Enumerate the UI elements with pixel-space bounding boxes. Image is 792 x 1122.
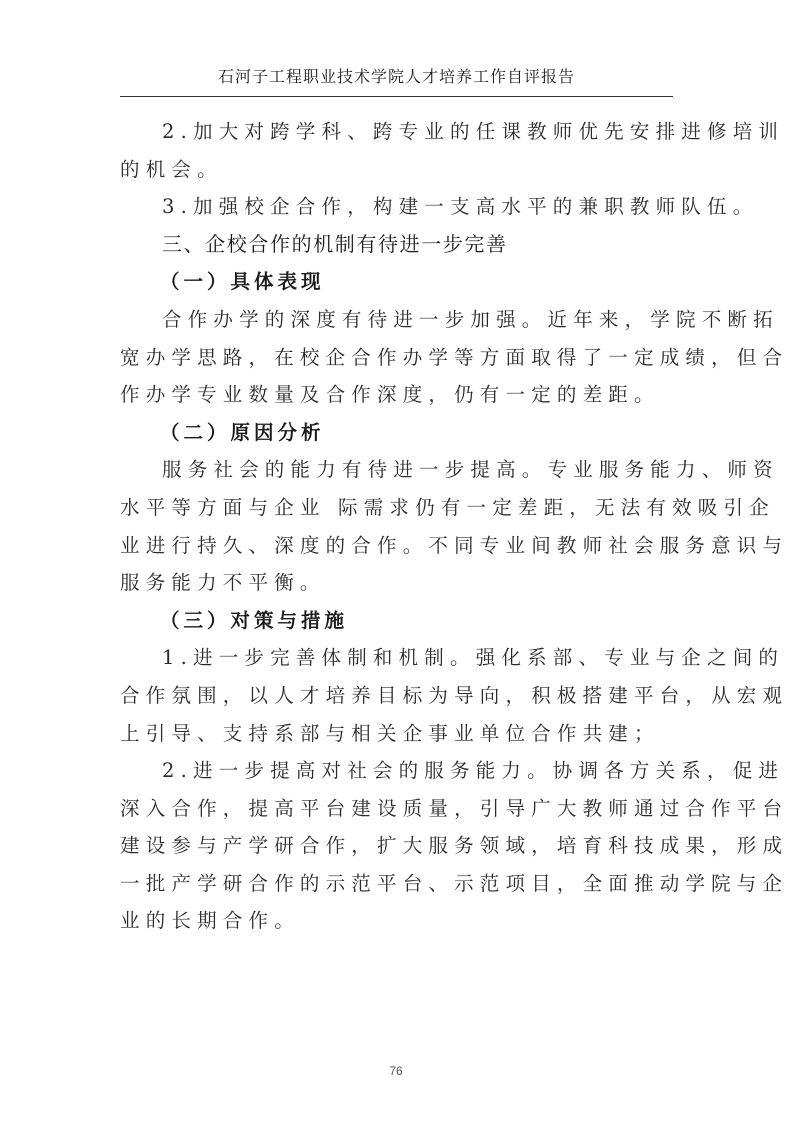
subsection-heading: （二）原因分析 — [120, 414, 673, 452]
paragraph-line: 合作办学的深度有待进一步加强。近年来，学院不断拓 — [120, 301, 673, 339]
paragraph-line: 服务社会的能力有待进一步提高。专业服务能力、师资 — [120, 451, 673, 489]
paragraph-line: 一批产学研合作的示范平台、示范项目，全面推动学院与企 — [120, 865, 673, 903]
paragraph-line: 1.进一步完善体制和机制。强化系部、专业与企之间的 — [120, 639, 673, 677]
paragraph-line: 业的长期合作。 — [120, 902, 673, 940]
paragraph-line: 服务能力不平衡。 — [120, 564, 673, 602]
paragraph-line: 深入合作，提高平台建设质量，引导广大教师通过合作平台 — [120, 790, 673, 828]
paragraph-line: 合作氛围，以人才培养目标为导向，积极搭建平台，从宏观 — [120, 677, 673, 715]
document-body: 2.加大对跨学科、跨专业的任课教师优先安排进修培训 的机会。 3.加强校企合作，… — [120, 113, 673, 940]
subsection-heading: （一）具体表现 — [120, 263, 673, 301]
paragraph-line: 的机会。 — [120, 151, 673, 189]
section-heading: 三、企校合作的机制有待进一步完善 — [120, 226, 673, 264]
paragraph-line: 业进行持久、深度的合作。不同专业间教师社会服务意识与 — [120, 527, 673, 565]
paragraph-line: 上引导、支持系部与相关企事业单位合作共建； — [120, 715, 673, 753]
running-header-title: 石河子工程职业技术学院人才培养工作自评报告 — [120, 64, 673, 87]
paragraph-line: 建设参与产学研合作，扩大服务领域，培育科技成果，形成 — [120, 827, 673, 865]
paragraph-line: 3.加强校企合作，构建一支高水平的兼职教师队伍。 — [120, 188, 673, 226]
header-rule — [120, 96, 673, 97]
paragraph-line: 作办学专业数量及合作深度，仍有一定的差距。 — [120, 376, 673, 414]
page-number: 76 — [0, 1064, 792, 1078]
paragraph-line: 2.加大对跨学科、跨专业的任课教师优先安排进修培训 — [120, 113, 673, 151]
subsection-heading: （三）对策与措施 — [120, 602, 673, 640]
paragraph-line: 水平等方面与企业 际需求仍有一定差距，无法有效吸引企 — [120, 489, 673, 527]
paragraph-line: 宽办学思路，在校企合作办学等方面取得了一定成绩，但合 — [120, 339, 673, 377]
paragraph-line: 2.进一步提高对社会的服务能力。协调各方关系，促进 — [120, 752, 673, 790]
